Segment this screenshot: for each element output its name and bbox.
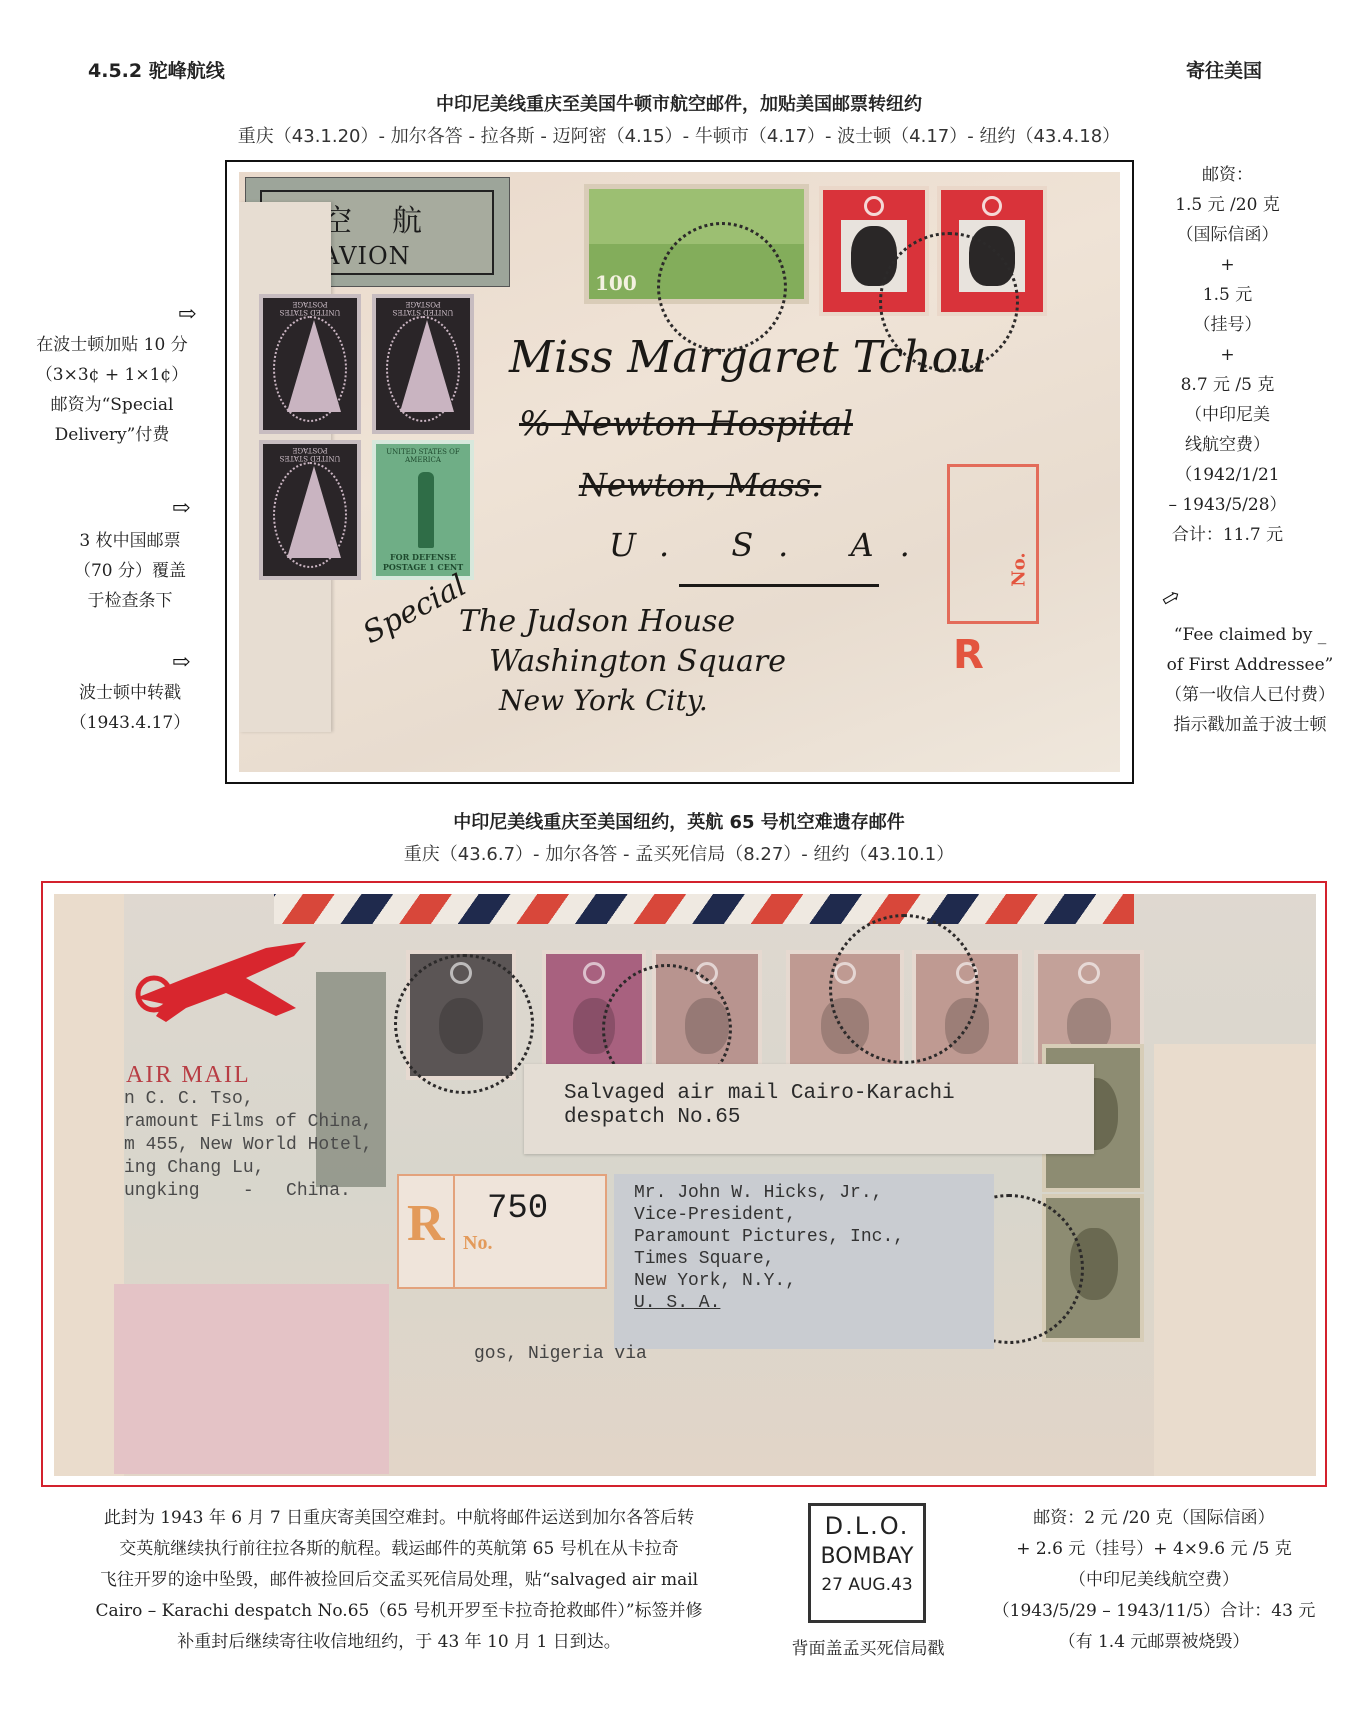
postage-line: 线航空费） xyxy=(1150,430,1305,460)
note-boston-transit: 波士顿中转戳 （1943.4.17） xyxy=(60,678,200,738)
routing-fragment: gos, Nigeria via xyxy=(474,1344,647,1364)
description-line: 飞往开罗的途中坠毁，邮件被捡回后交孟买死信局处理，贴“salvaged air … xyxy=(34,1565,764,1596)
registration-label: No. xyxy=(947,464,1039,624)
description-line: 此封为 1943 年 6 月 7 日重庆寄美国空难封。中航将邮件运送到加尔各答后… xyxy=(34,1503,764,1534)
sender-address: n C. C. Tso,ramount Films of China,m 455… xyxy=(124,1088,372,1203)
note-line: 3 枚中国邮票 xyxy=(60,526,200,556)
pink-patch xyxy=(114,1284,389,1474)
note-special-delivery: 在波士顿加贴 10 分 （3×3¢ + 1×1¢） 邮资为“Special De… xyxy=(22,330,202,450)
red-airplane-icon xyxy=(126,938,326,1028)
us-stamp-3c: UNITED STATES POSTAGE xyxy=(259,440,361,580)
special-mark: Special xyxy=(357,568,472,651)
address-line: U. S. A. xyxy=(609,526,936,564)
note-line: of First Addressee” xyxy=(1142,650,1358,680)
postage-line: 1.5 元 /20 克 xyxy=(1150,190,1305,220)
description-line: Cairo – Karachi despatch No.65（65 号机开罗至卡… xyxy=(34,1596,764,1627)
chungking-postmark xyxy=(394,954,534,1094)
us-stamp-3c: UNITED STATES POSTAGE xyxy=(259,294,361,434)
dlo-line: 27 AUG.43 xyxy=(811,1575,923,1595)
section-title: 4.5.2 驼峰航线 xyxy=(88,56,225,83)
postage-line: + xyxy=(1150,340,1305,370)
description-line: 补重封后继续寄往收信地纽约，于 43 年 10 月 1 日到达。 xyxy=(34,1627,764,1658)
postage-line: 1.5 元 xyxy=(1150,280,1305,310)
postage-line: – 1943/5/28） xyxy=(1150,490,1305,520)
fee-claimed-note: “Fee claimed by _ of First Addressee” （第… xyxy=(1142,620,1358,740)
cover1-frame: 空航 AVION UNITED STATES POSTAGE UNITED ST… xyxy=(225,160,1134,784)
postage-line: + 2.6 元（挂号）+ 4×9.6 元 /5 克 xyxy=(980,1534,1328,1565)
airmail-stripes xyxy=(274,894,1134,924)
forward-line: The Judson House xyxy=(459,604,735,639)
us-stamp-3c: UNITED STATES POSTAGE xyxy=(372,294,474,434)
cover2-postage-note: 邮资：2 元 /20 克（国际信函） + 2.6 元（挂号）+ 4×9.6 元 … xyxy=(980,1503,1328,1658)
registration-r: R xyxy=(407,1194,445,1253)
postage-line: （中印尼美线航空费） xyxy=(980,1565,1328,1596)
note-line: （1943.4.17） xyxy=(60,708,200,738)
note-line: （第一收信人已付费） xyxy=(1142,680,1358,710)
postage-line: （1942/1/21 xyxy=(1150,460,1305,490)
note-line: 波士顿中转戳 xyxy=(60,678,200,708)
arrow-right-icon: ⇨ xyxy=(172,650,190,675)
registration-no: No. xyxy=(463,1232,492,1255)
note-covered-stamps: 3 枚中国邮票 （70 分）覆盖 于检查条下 xyxy=(60,526,200,616)
addressee: Mr. John W. Hicks, Jr.,Vice-President,Pa… xyxy=(634,1182,904,1314)
postage-line: 邮资： xyxy=(1150,160,1305,190)
postage-line: （有 1.4 元邮票被烧毁） xyxy=(980,1627,1328,1658)
cover2-image: AIR MAIL n C. C. Tso,ramount Films of Ch… xyxy=(54,894,1316,1476)
postage-line: + xyxy=(1150,250,1305,280)
torn-edge xyxy=(1154,1044,1316,1476)
note-line: “Fee claimed by _ xyxy=(1142,620,1358,650)
dlo-caption: 背面盖孟买死信局戳 xyxy=(768,1634,968,1659)
dlo-bombay-postmark: D.L.O. BOMBAY 27 AUG.43 xyxy=(808,1503,926,1623)
cover1-image: 空航 AVION UNITED STATES POSTAGE UNITED ST… xyxy=(239,172,1120,772)
note-line: 于检查条下 xyxy=(60,586,200,616)
note-line: 邮资为“Special xyxy=(22,390,202,420)
note-line: 指示戳加盖于波士顿 xyxy=(1142,710,1358,740)
forward-line: Washington Square xyxy=(489,644,786,679)
postage-line: （挂号） xyxy=(1150,310,1305,340)
cover2-frame: AIR MAIL n C. C. Tso,ramount Films of Ch… xyxy=(41,881,1327,1487)
registration-r: R xyxy=(953,632,984,678)
cover1-heading: 中印尼美线重庆至美国牛顿市航空邮件，加贴美国邮票转纽约 xyxy=(0,90,1358,116)
registration-label: R 750 No. xyxy=(397,1174,607,1289)
registration-number: 750 xyxy=(487,1190,548,1228)
arrow-right-icon: ⇨ xyxy=(172,496,190,521)
salvaged-label: Salvaged air mail Cairo-Karachidespatch … xyxy=(524,1064,1094,1154)
address-line: Miss Margaret Tchou xyxy=(509,332,986,383)
airmail-label-en: AVION xyxy=(322,242,411,270)
note-line: （70 分）覆盖 xyxy=(60,556,200,586)
us-stamp-1c: UNITED STATES OF AMERICA FOR DEFENSE POS… xyxy=(372,440,474,580)
salvaged-line: despatch No.65 xyxy=(564,1106,955,1130)
postage-line: （国际信函） xyxy=(1150,220,1305,250)
note-line: Delivery”付费 xyxy=(22,420,202,450)
forward-line: New York City. xyxy=(499,684,708,717)
destination-label: 寄往美国 xyxy=(1186,56,1262,83)
arrow-right-icon: ⇨ xyxy=(178,302,196,327)
cover2-heading: 中印尼美线重庆至美国纽约，英航 65 号机空难遗存邮件 xyxy=(0,808,1358,834)
address-line: % Newton Hospital xyxy=(519,404,853,444)
cover1-route: 重庆（43.1.20）- 加尔各答 - 拉各斯 - 迈阿密（4.15）- 牛顿市… xyxy=(0,122,1358,148)
postage-line: （中印尼美 xyxy=(1150,400,1305,430)
postage-line: （1943/5/29 – 1943/11/5）合计：43 元 xyxy=(980,1596,1328,1627)
air-mail-label: AIR MAIL xyxy=(126,1062,251,1089)
address-line: Newton, Mass. xyxy=(579,466,821,504)
note-line: （3×3¢ + 1×1¢） xyxy=(22,360,202,390)
postage-line: 邮资：2 元 /20 克（国际信函） xyxy=(980,1503,1328,1534)
salvaged-line: Salvaged air mail Cairo-Karachi xyxy=(564,1082,955,1106)
arrow-left-icon: ⇦ xyxy=(1157,583,1185,614)
postage-line: 8.7 元 /5 克 xyxy=(1150,370,1305,400)
dlo-line: D.L.O. xyxy=(811,1512,923,1540)
dlo-line: BOMBAY xyxy=(811,1544,923,1569)
underline xyxy=(679,584,879,587)
postage-line: 合计：11.7 元 xyxy=(1150,520,1305,550)
chungking-postmark xyxy=(829,914,979,1064)
cover2-description: 此封为 1943 年 6 月 7 日重庆寄美国空难封。中航将邮件运送到加尔各答后… xyxy=(34,1503,764,1658)
description-line: 交英航继续执行前往拉各斯的航程。载运邮件的英航第 65 号机在从卡拉奇 xyxy=(34,1534,764,1565)
note-line: 在波士顿加贴 10 分 xyxy=(22,330,202,360)
cover1-postage-note: 邮资： 1.5 元 /20 克 （国际信函） + 1.5 元 （挂号） + 8.… xyxy=(1150,160,1305,550)
airmail-label-zh: 空航 xyxy=(322,196,462,240)
cover2-route: 重庆（43.6.7）- 加尔各答 - 孟买死信局（8.27）- 纽约（43.10… xyxy=(0,840,1358,866)
